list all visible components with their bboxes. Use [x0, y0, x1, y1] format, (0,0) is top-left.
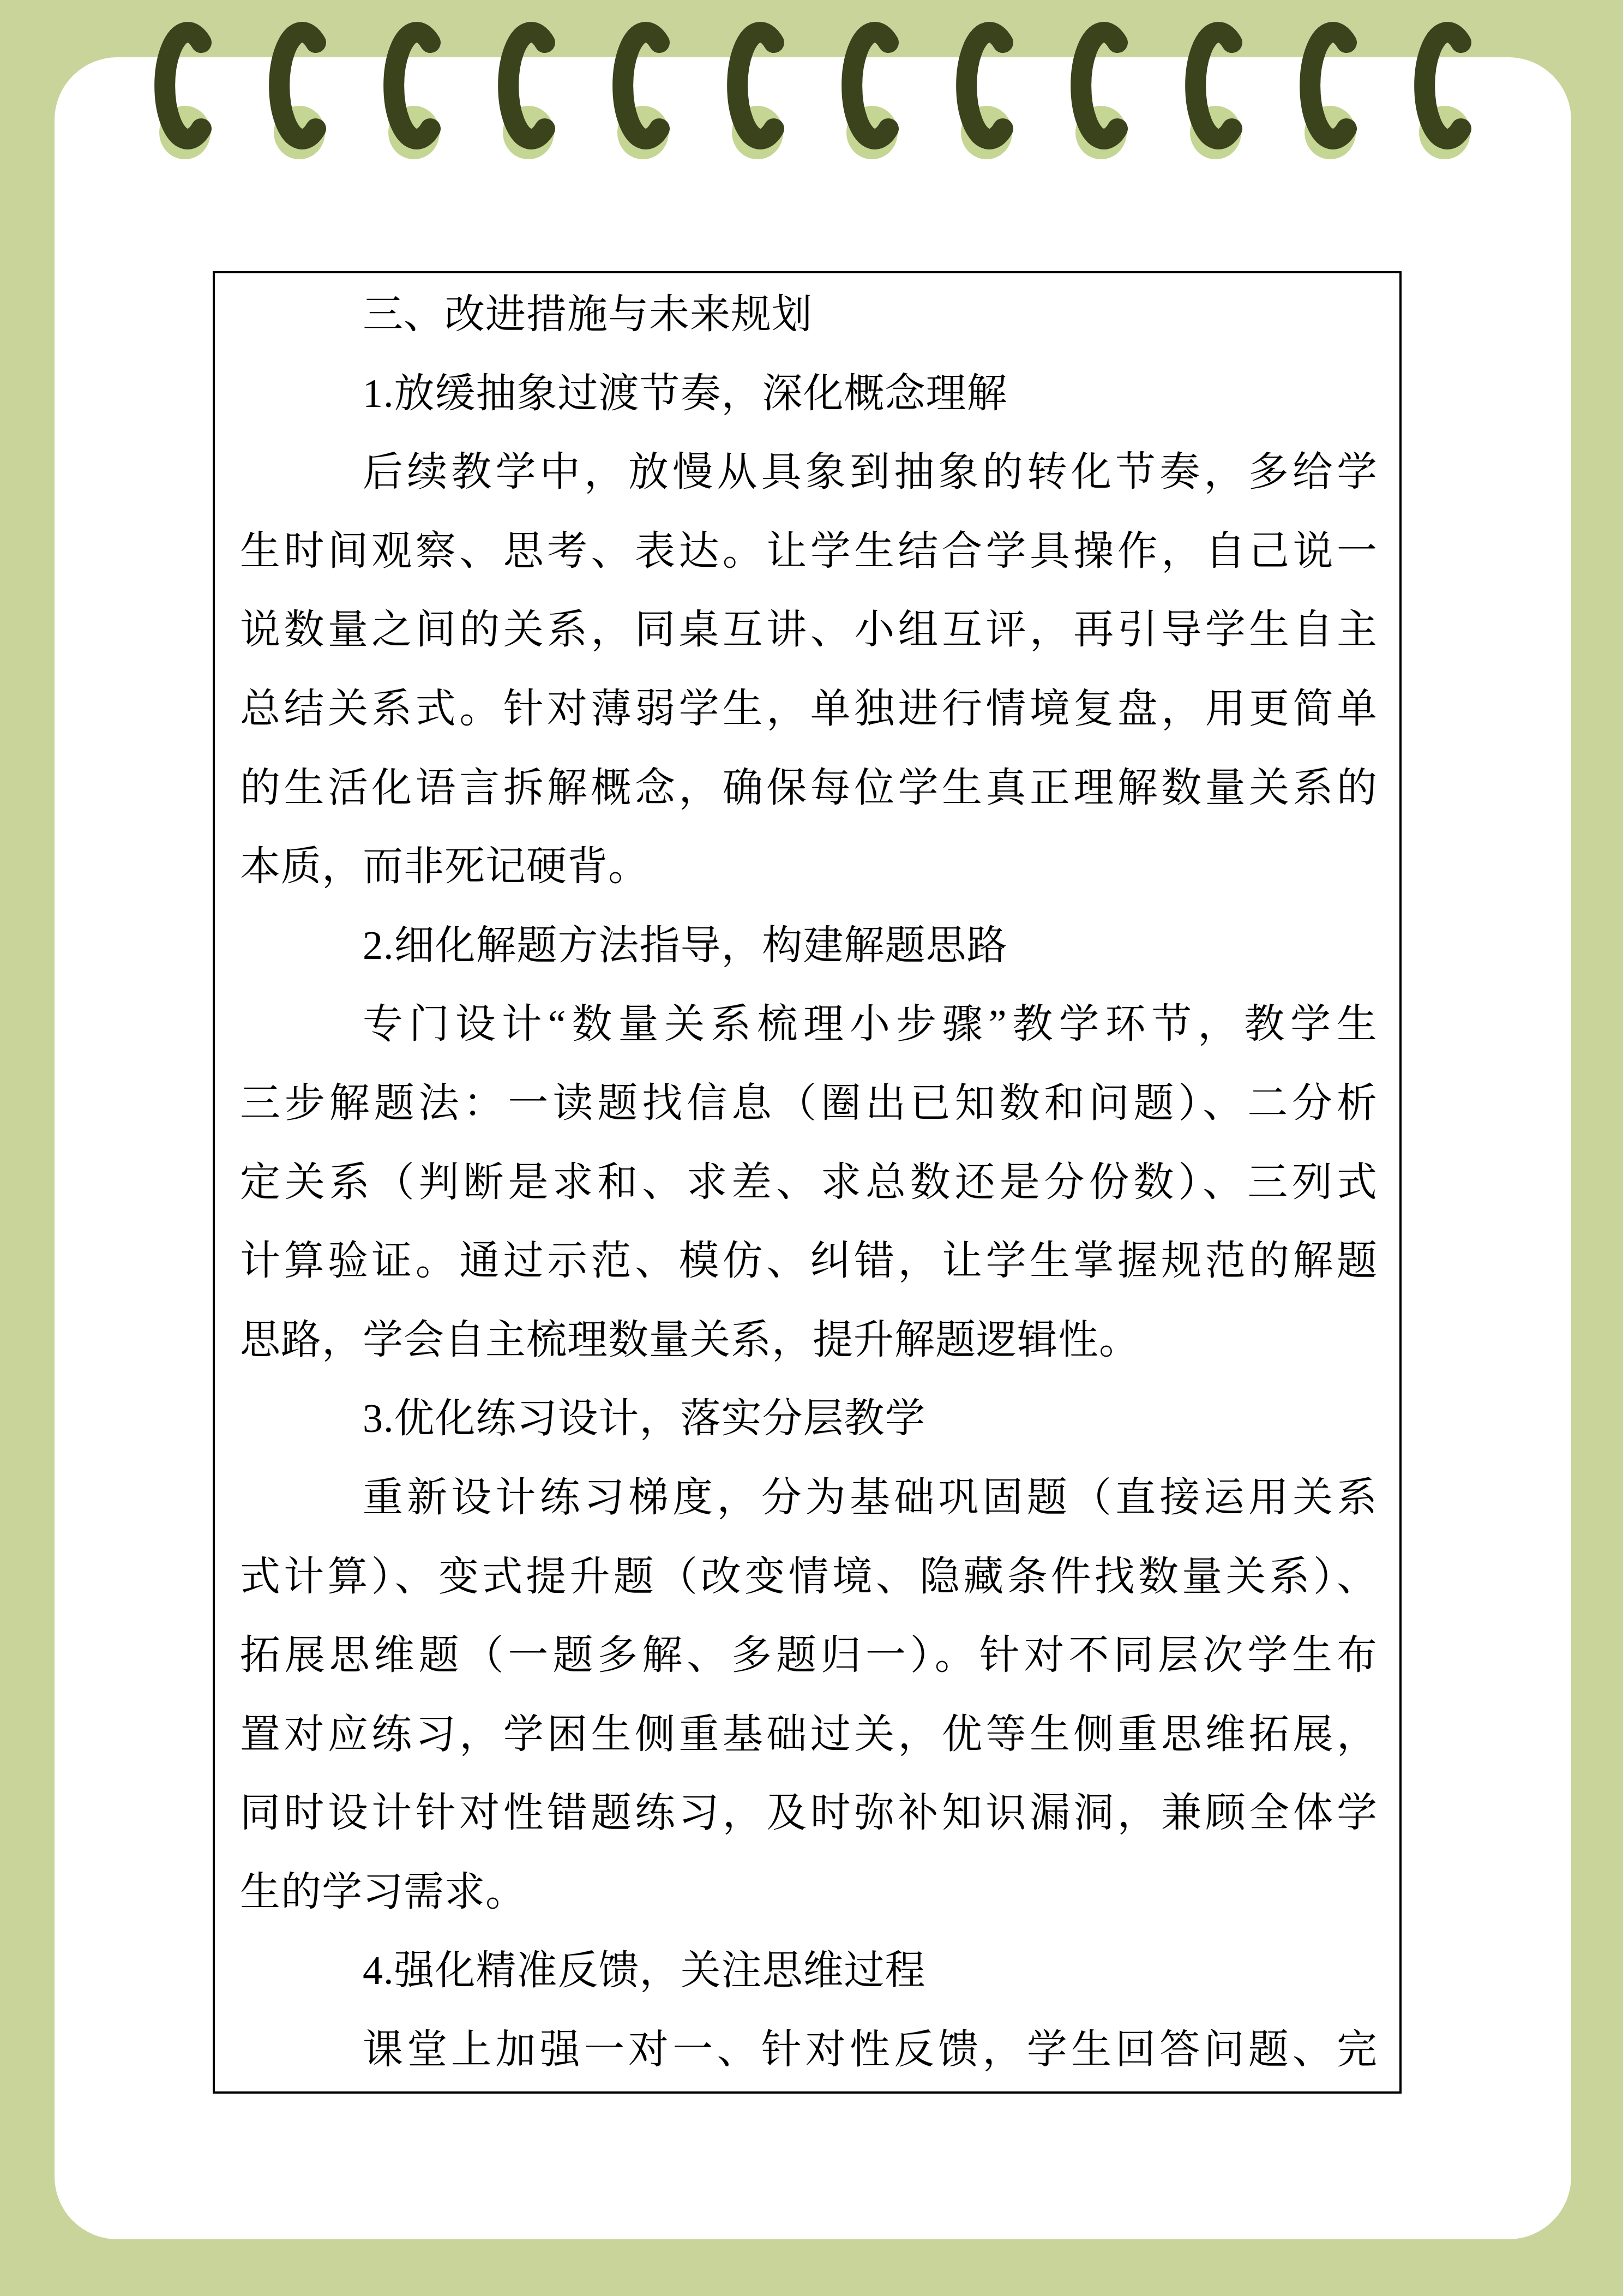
text-line: 后续教学中，放慢从具象到抽象的转化节奏，多给学 [240, 433, 1378, 512]
text-line: 计算验证。通过示范、模仿、纠错，让学生掌握规范的解题 [240, 1222, 1378, 1301]
notebook-canvas: 三、改进措施与未来规划1.放缓抽象过渡节奏，深化概念理解后续教学中，放慢从具象到… [0, 0, 1623, 2296]
spiral-ring [732, 32, 783, 159]
text-line: 2.细化解题方法指导，构建解题思路 [240, 907, 1378, 986]
spiral-ring [503, 32, 554, 159]
text-line: 1.放缓抽象过渡节奏，深化概念理解 [240, 355, 1378, 434]
spiral-ring [1190, 32, 1241, 159]
text-line: 思路，学会自主梳理数量关系，提升解题逻辑性。 [240, 1301, 1378, 1380]
text-line: 同时设计针对性错题练习，及时弥补知识漏洞，兼顾全体学 [240, 1774, 1378, 1853]
text-line: 三步解题法：一读题找信息（圈出已知数和问题）、二分析 [240, 1064, 1378, 1143]
spiral-ring [846, 32, 898, 159]
text-lines: 三、改进措施与未来规划1.放缓抽象过渡节奏，深化概念理解后续教学中，放慢从具象到… [215, 273, 1399, 2090]
text-line: 4.强化精准反馈，关注思维过程 [240, 1932, 1378, 2011]
text-line: 的生活化语言拆解概念，确保每位学生真正理解数量关系的 [240, 749, 1378, 828]
text-line: 拓展思维题（一题多解、多题归一）。针对不同层次学生布 [240, 1616, 1378, 1695]
text-line: 本质，而非死记硬背。 [240, 828, 1378, 907]
text-line: 生的学习需求。 [240, 1853, 1378, 1932]
spiral-ring [1419, 32, 1470, 159]
spiral-ring [1305, 32, 1356, 159]
spiral-ring [388, 32, 440, 159]
spiral-ring [274, 32, 325, 159]
text-line: 生时间观察、思考、表达。让学生结合学具操作，自己说一 [240, 512, 1378, 591]
spiral-ring [159, 32, 211, 159]
spiral-ring [1075, 32, 1127, 159]
spiral-ring [617, 32, 669, 159]
spiral-ring [961, 32, 1012, 159]
text-line: 3.优化练习设计，落实分层教学 [240, 1380, 1378, 1459]
spiral-binding [0, 0, 1623, 175]
report-text-box: 三、改进措施与未来规划1.放缓抽象过渡节奏，深化概念理解后续教学中，放慢从具象到… [213, 271, 1402, 2094]
text-line: 总结关系式。针对薄弱学生，单独进行情境复盘，用更简单 [240, 670, 1378, 749]
text-line: 三、改进措施与未来规划 [240, 275, 1378, 355]
text-line: 课堂上加强一对一、针对性反馈，学生回答问题、完 [240, 2011, 1378, 2090]
text-line: 定关系（判断是求和、求差、求总数还是分份数）、三列式 [240, 1143, 1378, 1222]
text-line: 置对应练习，学困生侧重基础过关，优等生侧重思维拓展， [240, 1695, 1378, 1775]
text-line: 专门设计“数量关系梳理小步骤”教学环节，教学生 [240, 985, 1378, 1064]
text-line: 说数量之间的关系，同桌互讲、小组互评，再引导学生自主 [240, 591, 1378, 670]
text-line: 式计算）、变式提升题（改变情境、隐藏条件找数量关系）、 [240, 1538, 1378, 1617]
text-line: 重新设计练习梯度，分为基础巩固题（直接运用关系 [240, 1459, 1378, 1538]
